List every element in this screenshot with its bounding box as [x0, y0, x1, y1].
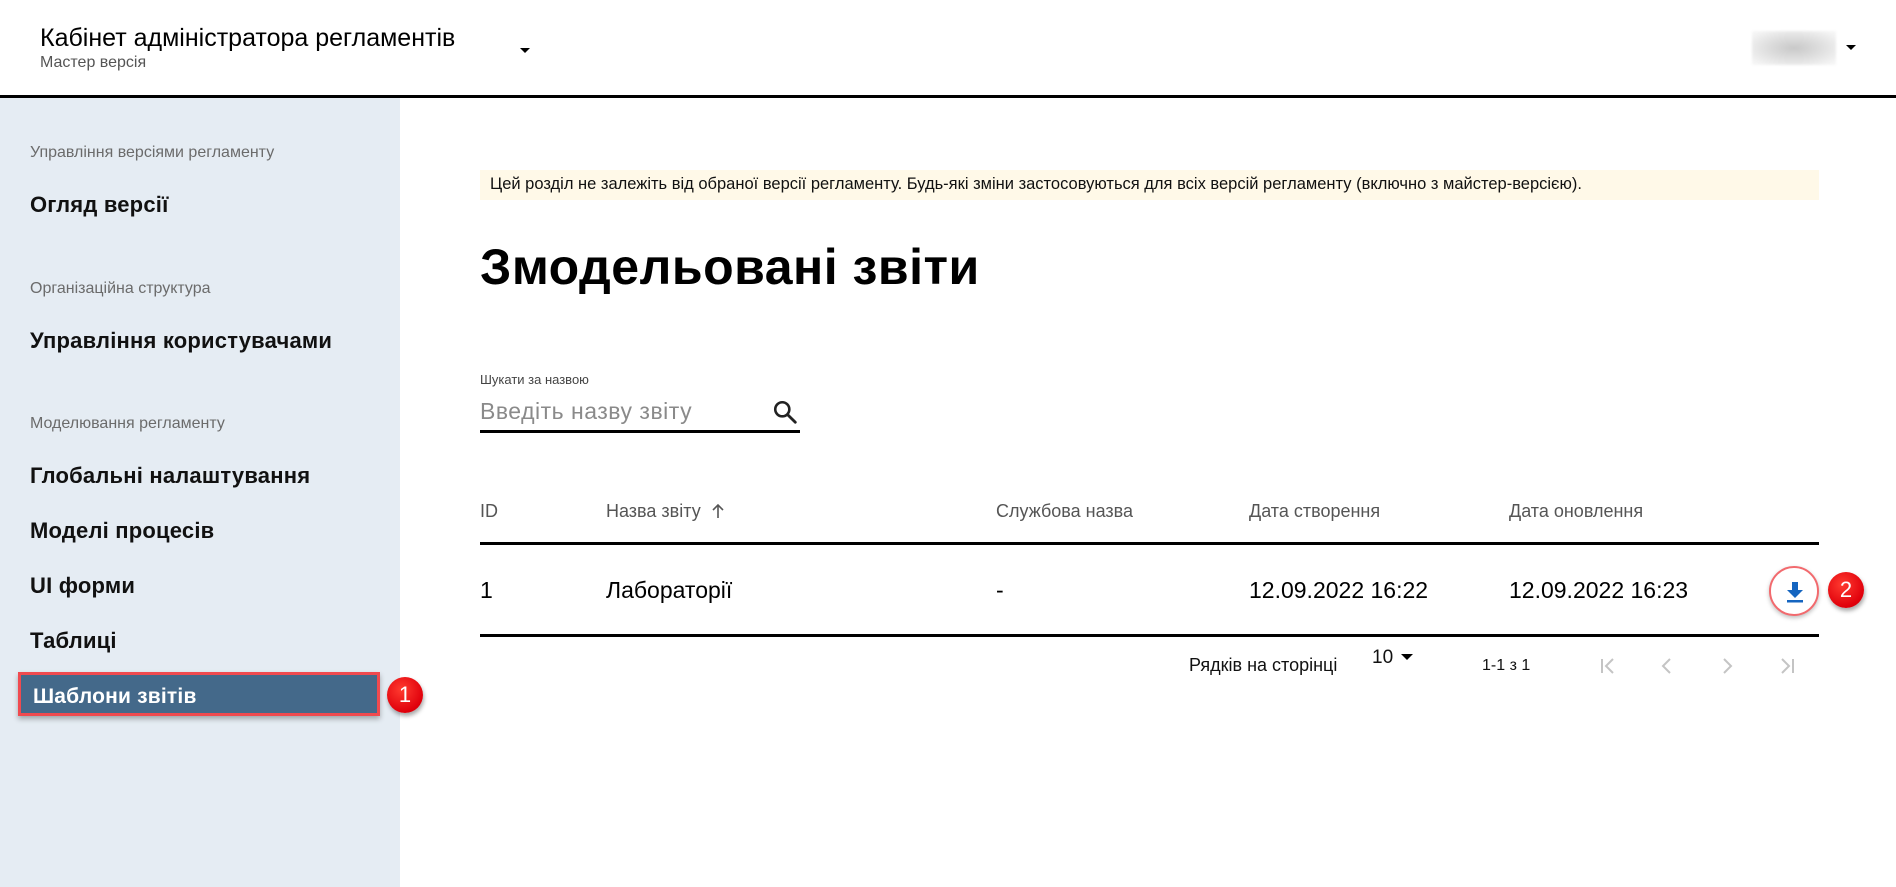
next-page-icon[interactable]	[1715, 654, 1739, 678]
sidebar-item-version-overview[interactable]: Огляд версії	[30, 192, 168, 218]
column-header-id[interactable]: ID	[480, 501, 498, 522]
sidebar-item-report-templates[interactable]: Шаблони звітів	[18, 672, 380, 716]
sidebar-item-ui-forms[interactable]: UI форми	[30, 573, 135, 599]
cell-service-name: -	[996, 577, 1004, 604]
caret-down-icon	[520, 48, 530, 53]
cell-updated: 12.09.2022 16:23	[1509, 577, 1688, 604]
rows-per-page-select[interactable]: 10	[1372, 647, 1413, 673]
cell-name: Лабораторії	[606, 577, 732, 604]
cell-id: 1	[480, 577, 493, 604]
sidebar-item-user-management[interactable]: Управління користувачами	[30, 328, 332, 354]
first-page-icon[interactable]	[1596, 654, 1620, 678]
table-header-divider	[480, 542, 1819, 545]
table-bottom-divider	[480, 634, 1819, 637]
version-dropdown-toggle[interactable]	[520, 40, 534, 54]
app-header: Кабінет адміністратора регламентів Масте…	[0, 0, 1896, 98]
user-menu[interactable]	[1752, 31, 1862, 65]
sidebar-section-versions: Управління версіями регламенту	[30, 144, 274, 162]
user-name-blurred	[1752, 31, 1836, 65]
info-notice: Цей розділ не залежіть від обраної версі…	[480, 170, 1819, 200]
column-header-updated[interactable]: Дата оновлення	[1509, 501, 1643, 522]
previous-page-icon[interactable]	[1655, 654, 1679, 678]
download-icon	[1784, 580, 1806, 604]
search-icon[interactable]	[772, 399, 798, 425]
sort-ascending-icon[interactable]	[711, 503, 725, 519]
last-page-icon[interactable]	[1775, 654, 1799, 678]
pagination-range: 1-1 з 1	[1482, 657, 1530, 675]
sidebar-item-tables[interactable]: Таблиці	[30, 628, 117, 654]
version-subtitle: Мастер версія	[40, 54, 146, 72]
app-title: Кабінет адміністратора регламентів	[40, 24, 455, 53]
search-field	[480, 393, 800, 433]
page-title: Змодельовані звіти	[480, 238, 980, 296]
caret-down-icon	[1846, 45, 1856, 50]
column-header-service-name[interactable]: Службова назва	[996, 501, 1133, 522]
annotation-badge-1: 1	[387, 677, 423, 713]
annotation-badge-2: 2	[1828, 572, 1864, 608]
sidebar-section-modeling: Моделювання регламенту	[30, 415, 225, 433]
download-button[interactable]	[1769, 566, 1819, 616]
sidebar: Управління версіями регламенту Огляд вер…	[0, 98, 400, 887]
rows-per-page-label: Рядків на сторінці	[1189, 655, 1337, 676]
sidebar-section-org-structure: Організаційна структура	[30, 280, 211, 298]
search-label: Шукати за назвою	[480, 372, 589, 387]
column-header-created[interactable]: Дата створення	[1249, 501, 1380, 522]
sidebar-item-global-settings[interactable]: Глобальні налаштування	[30, 463, 310, 489]
search-input[interactable]	[480, 393, 760, 430]
rows-per-page-value: 10	[1372, 647, 1393, 668]
column-header-name-label: Назва звіту	[606, 501, 701, 521]
column-header-name[interactable]: Назва звіту	[606, 501, 725, 522]
caret-down-icon	[1401, 654, 1413, 660]
cell-created: 12.09.2022 16:22	[1249, 577, 1428, 604]
sidebar-item-process-models[interactable]: Моделі процесів	[30, 518, 214, 544]
